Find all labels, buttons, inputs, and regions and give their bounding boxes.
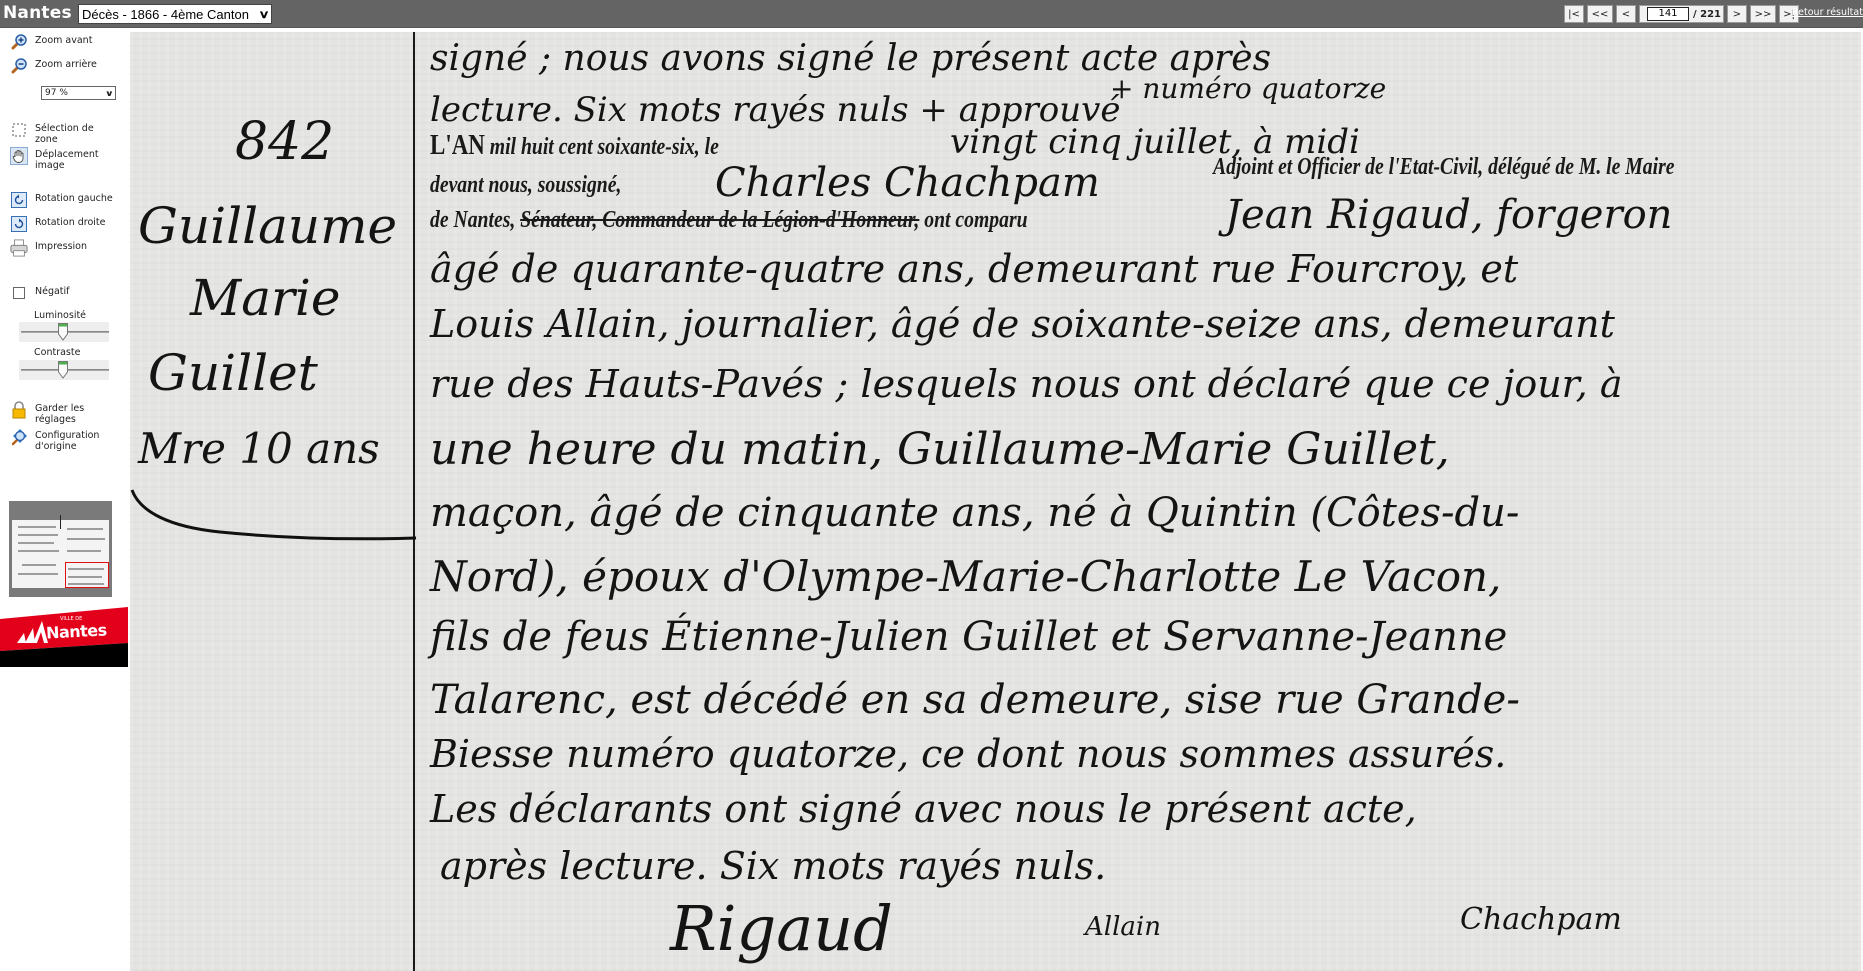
back-ten-pages-button[interactable]: << <box>1587 5 1613 23</box>
document-line: Nord), époux d'Olympe-Marie-Charlotte Le… <box>430 552 1501 601</box>
zoom-level-select[interactable]: 97 % ∨ <box>41 86 116 100</box>
rotate-left-button[interactable]: Rotation gauche <box>10 191 113 209</box>
magnifier-plus-icon <box>10 33 28 51</box>
margin-name-line: Guillet <box>148 344 318 402</box>
back-to-results-link[interactable]: Retour résultats <box>1792 7 1863 18</box>
zoom-level-value: 97 % <box>45 88 68 98</box>
reset-settings-button[interactable]: Configuration d'origine <box>10 428 111 452</box>
document-line: maçon, âgé de cinquante ans, né à Quinti… <box>430 490 1519 536</box>
slider-thumb[interactable] <box>58 361 68 379</box>
move-image-button[interactable]: Déplacement image <box>10 147 109 171</box>
zoom-in-button[interactable]: Zoom avant <box>10 33 92 51</box>
ville-de-nantes-logo[interactable]: VILLE DE Nantes <box>0 607 128 667</box>
top-toolbar: Nantes Décès - 1866 - 4ème Canton ∨ |< <… <box>0 0 1863 28</box>
document-line: Biesse numéro quatorze, ce dont nous som… <box>430 732 1506 776</box>
keep-settings-label: Garder les réglages <box>35 401 105 425</box>
checkbox[interactable] <box>10 284 28 302</box>
document-line: Jean Rigaud, forgeron <box>1225 192 1672 238</box>
margin-flourish <box>130 472 420 552</box>
select-zone-button[interactable]: Sélection de zone <box>10 121 109 145</box>
printed-form-line: devant nous, soussigné, <box>430 172 621 199</box>
document-line: une heure du matin, Guillaume-Marie Guil… <box>430 424 1450 475</box>
slider-thumb[interactable] <box>58 323 68 341</box>
next-page-button[interactable]: > <box>1727 5 1747 23</box>
select-zone-label: Sélection de zone <box>35 121 109 145</box>
zoom-in-label: Zoom avant <box>35 33 92 46</box>
chevron-down-icon: ∨ <box>104 89 113 98</box>
zoom-out-label: Zoom arrière <box>35 57 97 70</box>
document-line: Charles Chachpam <box>715 160 1100 206</box>
print-button[interactable]: Impression <box>10 239 87 257</box>
negative-toggle[interactable]: Négatif <box>10 284 70 302</box>
page-navigation: |< << < 141 / 221 > >> >| <box>1564 5 1799 23</box>
document-line: fils de feus Étienne-Julien Guillet et S… <box>430 614 1507 660</box>
rotate-right-button[interactable]: Rotation droite <box>10 215 106 233</box>
hand-pan-icon <box>10 147 28 165</box>
forward-ten-pages-button[interactable]: >> <box>1750 5 1776 23</box>
page-number-input[interactable]: 141 <box>1647 7 1689 21</box>
dashed-selection-icon <box>10 121 28 139</box>
register-select[interactable]: Décès - 1866 - 4ème Canton ∨ <box>78 4 272 24</box>
first-page-button[interactable]: |< <box>1564 5 1584 23</box>
contrast-label: Contraste <box>34 347 80 358</box>
magnifier-minus-icon <box>10 57 28 75</box>
previous-page-button[interactable]: < <box>1616 5 1636 23</box>
brightness-label: Luminosité <box>34 310 86 321</box>
document-line: Les déclarants ont signé avec nous le pr… <box>430 787 1417 831</box>
margin-note: Mre 10 ans <box>138 424 380 473</box>
reset-settings-label: Configuration d'origine <box>35 428 111 452</box>
signature: Chachpam <box>1460 902 1622 937</box>
document-line: âgé de quarante-quatre ans, demeurant ru… <box>430 247 1518 291</box>
signature: Rigaud <box>670 892 893 965</box>
register-select-value: Décès - 1866 - 4ème Canton <box>82 7 249 22</box>
padlock-icon <box>10 401 28 419</box>
marginal-insert: + numéro quatorze <box>1110 72 1386 105</box>
printed-form-line: L'AN mil huit cent soixante-six, le <box>430 130 719 162</box>
brightness-slider[interactable] <box>19 322 109 342</box>
thumbnail-spine <box>60 515 61 529</box>
chevron-down-icon: ∨ <box>258 8 269 21</box>
rotate-left-label: Rotation gauche <box>35 191 113 204</box>
printer-icon <box>10 239 28 257</box>
rotate-right-icon <box>10 215 28 233</box>
total-pages: / 221 <box>1693 9 1721 20</box>
document-image-viewer[interactable]: 842 Guillaume Marie Guillet Mre 10 ans s… <box>130 32 1863 971</box>
move-image-label: Déplacement image <box>35 147 109 171</box>
page-field: 141 / 221 <box>1639 5 1724 23</box>
document-line: Talarenc, est décédé en sa demeure, sise… <box>430 677 1520 723</box>
keep-settings-button[interactable]: Garder les réglages <box>10 401 105 425</box>
signature: Allain <box>1085 912 1161 942</box>
negative-label: Négatif <box>35 284 70 297</box>
rotate-left-icon <box>10 191 28 209</box>
print-label: Impression <box>35 239 87 252</box>
reset-config-icon <box>10 428 28 446</box>
printed-form-line: de Nantes, Sénateur, Commandeur de la Lé… <box>430 207 1028 234</box>
contrast-slider[interactable] <box>19 360 109 380</box>
viewport-indicator[interactable] <box>65 562 109 588</box>
zoom-out-button[interactable]: Zoom arrière <box>10 57 97 75</box>
brand-title: Nantes <box>3 3 72 23</box>
document-line: Louis Allain, journalier, âgé de soixant… <box>430 302 1615 346</box>
printed-form-line: Adjoint et Officier de l'Etat-Civil, dél… <box>1213 154 1675 181</box>
margin-name-line: Marie <box>190 269 341 327</box>
document-line: rue des Hauts-Pavés ; lesquels nous ont … <box>430 362 1622 406</box>
document-line: après lecture. Six mots rayés nuls. <box>440 844 1106 888</box>
rotate-right-label: Rotation droite <box>35 215 106 228</box>
sidebar-tools: Zoom avant Zoom arrière 97 % ∨ Sélection… <box>0 29 128 971</box>
margin-name-line: Guillaume <box>138 197 397 255</box>
act-number: 842 <box>235 112 334 172</box>
page-thumbnail-navigator[interactable] <box>9 501 112 597</box>
logo-wordmark: Nantes <box>46 620 108 642</box>
